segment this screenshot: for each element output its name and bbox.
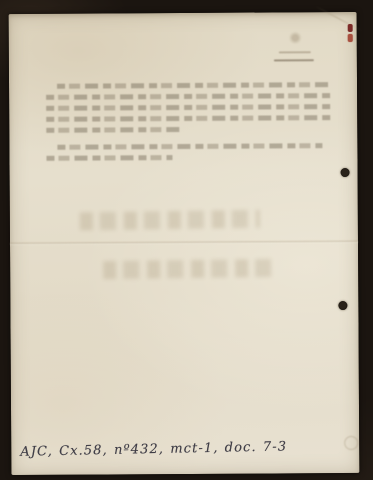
photo-background: AJC, Cx.58, nº432, mct-1, doc. 7-3 [0, 0, 373, 480]
fold-crease [10, 240, 358, 245]
typed-text-line [46, 115, 330, 122]
show-through-stamp [103, 259, 278, 279]
letterhead-emblem-icon [289, 31, 302, 44]
show-through-stamp [80, 210, 260, 231]
typed-text-line [57, 143, 322, 150]
red-ink-mark [348, 34, 353, 42]
typed-text-line [57, 82, 331, 89]
document-page: AJC, Cx.58, nº432, mct-1, doc. 7-3 [9, 12, 360, 475]
letterhead-text-line [279, 51, 311, 53]
typed-text-line [46, 155, 172, 161]
typed-text-line [46, 93, 332, 100]
typed-text-line [46, 127, 179, 133]
punch-hole [338, 301, 347, 310]
punch-hole [341, 168, 350, 177]
red-ink-mark [348, 24, 353, 32]
archival-annotation: AJC, Cx.58, nº432, mct-1, doc. 7-3 [20, 440, 270, 460]
paper-crease [315, 6, 362, 31]
ghost-ring-mark [344, 436, 358, 450]
letterhead-text-line [274, 59, 314, 61]
typed-text-line [46, 104, 332, 111]
